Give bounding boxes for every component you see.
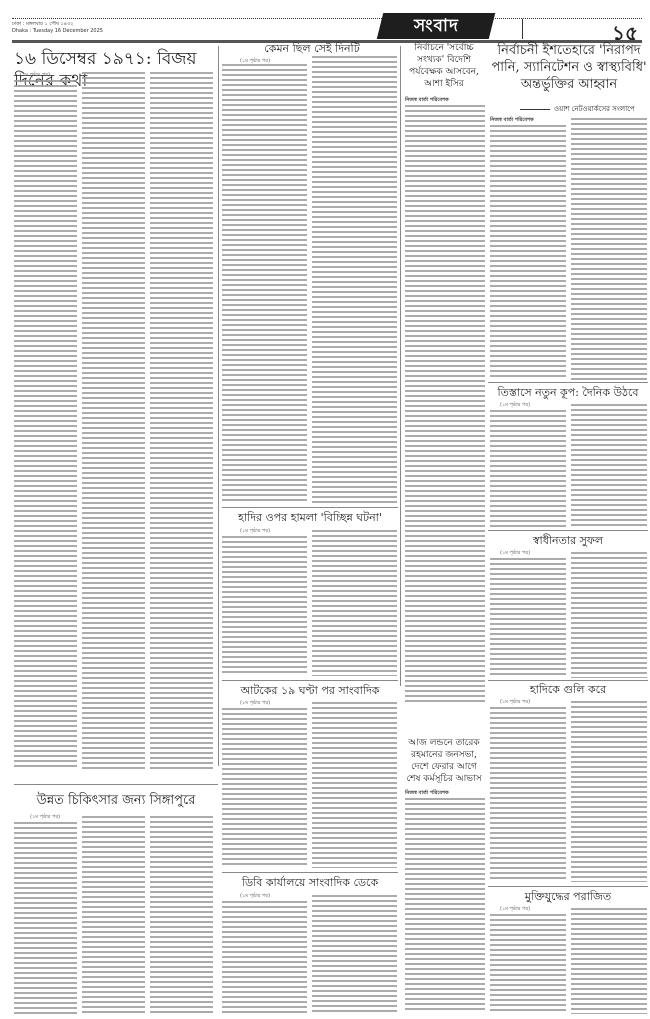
headline-hadi-attack: হাদির ওপর হামলা 'বিচ্ছিন্ন ঘটনা'	[222, 511, 398, 525]
article-column	[571, 404, 647, 528]
article-column	[150, 72, 213, 770]
section-divider	[222, 507, 398, 508]
headline-tarique: আজ লন্ডনে তারেক রহমানের জনসভা, দেশে ফেরা…	[403, 737, 485, 785]
article-column	[222, 536, 307, 676]
headline-hadi-shot: হাদিকে গুলি করে	[488, 683, 648, 697]
article-column	[222, 901, 307, 1014]
masthead: ঢাকা : মঙ্গলবার ১ পৌষ ১৪৩২ Dhaka : Tuesd…	[12, 18, 642, 40]
dateline-bangla: ঢাকা : মঙ্গলবার ১ পৌষ ১৪৩২	[12, 21, 103, 28]
article-column	[82, 72, 145, 770]
article-column	[312, 56, 397, 504]
continued-label: (১ম পৃষ্ঠার পর)	[20, 72, 50, 80]
continued-label: (১ম পৃষ্ঠার পর)	[240, 528, 270, 536]
continued-label: (১ম পৃষ্ঠার পর)	[240, 700, 270, 708]
continued-label: (১ম পৃষ্ঠার পর)	[240, 893, 270, 901]
article-column	[405, 105, 485, 705]
headline-singapore: উন্নত চিকিৎসার জন্য সিঙ্গাপুরে	[14, 792, 218, 809]
headline-independence: স্বাধীনতার সুফল	[488, 534, 648, 548]
article-column	[312, 702, 397, 868]
article-column	[312, 895, 397, 1014]
section-divider	[488, 886, 648, 887]
article-column	[312, 530, 397, 676]
section-divider	[222, 680, 398, 681]
continued-label: (১ম পৃষ্ঠার পর)	[500, 699, 530, 707]
article-column	[222, 708, 307, 868]
article-column	[490, 558, 566, 678]
article-column	[571, 118, 647, 380]
headline-liberation-war: মুক্তিযুদ্ধের পরাজিত	[488, 890, 648, 904]
article-column	[405, 798, 485, 1013]
article-column	[490, 125, 566, 380]
section-divider	[488, 680, 648, 681]
article-column	[571, 701, 647, 882]
article-column	[490, 707, 566, 882]
article-column	[490, 914, 566, 1014]
column-divider	[400, 46, 401, 686]
headline-wash: নির্বাচনী ইশতেহারে 'নিরাপদ পানি, স্যানিট…	[490, 42, 648, 93]
article-column	[490, 410, 566, 528]
article-column	[222, 64, 307, 504]
continued-label: (১ম পৃষ্ঠার পর)	[500, 550, 530, 558]
article-column	[571, 552, 647, 678]
newspaper-logo: সংবাদ	[377, 13, 495, 39]
headline-that-day: কেমন ছিল সেই দিনটি	[222, 42, 402, 56]
page-number-divider	[522, 19, 523, 39]
column-divider	[218, 46, 219, 766]
section-divider	[14, 784, 218, 785]
article-column	[14, 822, 77, 1014]
article-column	[14, 80, 77, 770]
byline: নিজস্ব বার্তা পরিবেশক	[405, 97, 449, 105]
dateline: ঢাকা : মঙ্গলবার ১ পৌষ ১৪৩২ Dhaka : Tuesd…	[12, 21, 103, 35]
headline-db-office: ডিবি কার্যালয়ে সাংবাদিক ডেকে	[222, 876, 398, 890]
section-divider	[488, 382, 648, 383]
continued-label: (১ম পৃষ্ঠার পর)	[500, 906, 530, 914]
headline-teesta: তিস্তাসে নতুন কূপ: দৈনিক উঠবে	[488, 386, 648, 400]
byline: নিজস্ব বার্তা পরিবেশক	[405, 790, 449, 798]
article-column	[571, 908, 647, 1014]
section-divider	[488, 530, 648, 531]
subhead-wash: ওয়াশ নেটওয়ার্কসের সংলাপে	[520, 103, 650, 115]
byline: নিজস্ব বার্তা পরিবেশক	[490, 117, 534, 125]
headline-observers: নির্বাচনে 'সর্বোচ্চ সংখ্যক' বিদেশি পর্যব…	[403, 42, 485, 90]
article-column	[82, 816, 145, 1014]
dateline-english: Dhaka : Tuesday 16 December 2025	[12, 28, 103, 35]
continued-label: (১ম পৃষ্ঠার পর)	[30, 814, 60, 822]
subhead-dash	[520, 109, 550, 110]
section-divider	[222, 872, 398, 873]
article-column	[150, 816, 213, 1014]
headline-journalist-detained: আটকের ১৯ ঘণ্টা পর সাংবাদিক	[222, 684, 398, 698]
continued-label: (১ম পৃষ্ঠার পর)	[500, 402, 530, 410]
